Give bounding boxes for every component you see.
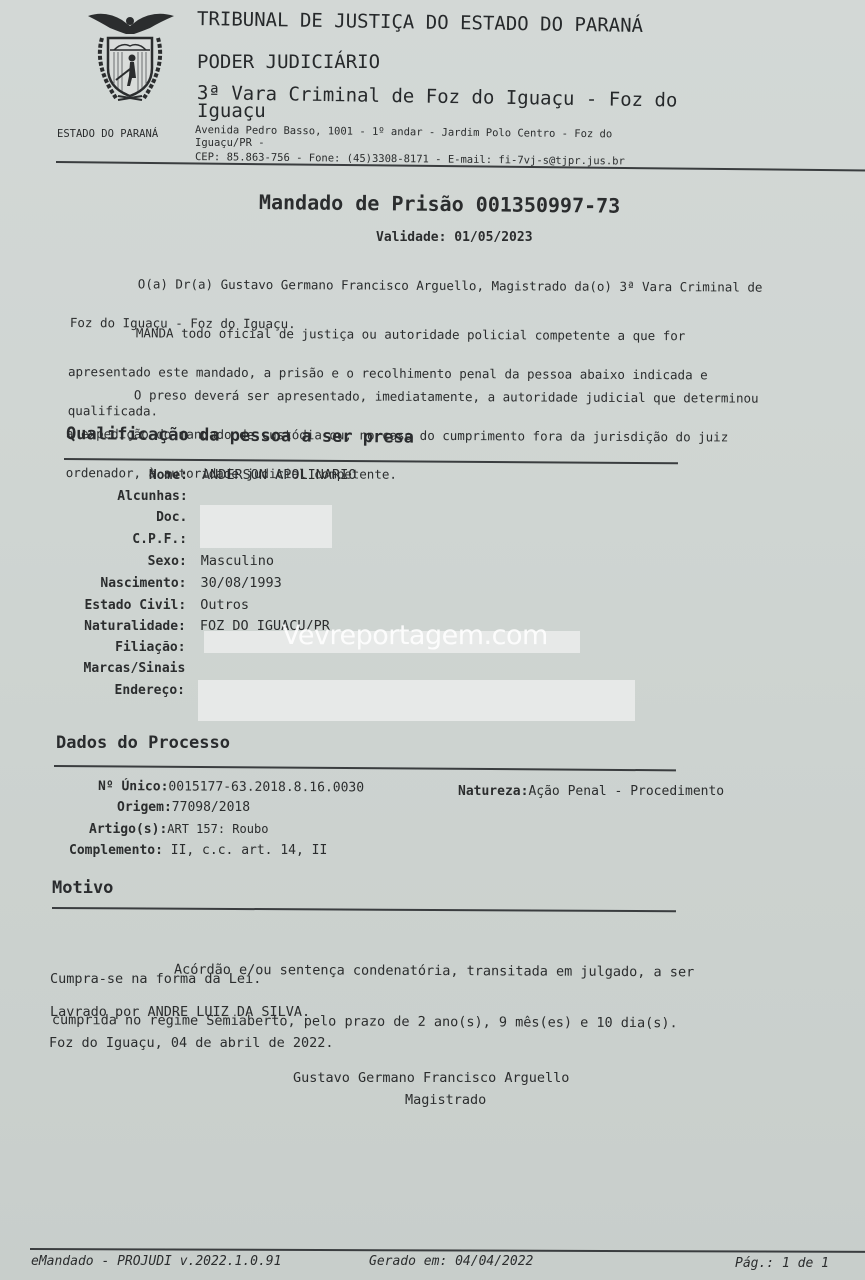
court-division-cont: Iguaçu (197, 100, 266, 122)
field-label: Nascimento: (47, 576, 187, 591)
person-field-row: Nome:ANDERSON APOLINARIO (48, 464, 356, 483)
validity-date: Validade: 01/05/2023 (376, 230, 533, 245)
process-number: 0015177-63.2018.8.16.0030 (168, 779, 364, 795)
field-label: Sexo: (47, 554, 187, 569)
field-label: Doc. (47, 510, 187, 525)
person-field-row: Sexo:Masculino (47, 550, 274, 569)
footer-generated: Gerado em: 04/04/2022 (369, 1254, 533, 1269)
court-name: TRIBUNAL DE JUSTIÇA DO ESTADO DO PARANÁ (197, 8, 643, 37)
place-and-date: Foz do Iguaçu, 04 de abril de 2022. (49, 1035, 333, 1051)
field-label: Nome: (48, 468, 188, 483)
drafted-by: Lavrado por ANDRE LUIZ DA SILVA. (50, 1004, 310, 1020)
person-field-row: Marcas/Sinais (45, 657, 199, 676)
person-field-row: Nascimento:30/08/1993 (47, 572, 282, 591)
process-origin-row: Origem:77098/2018 (117, 796, 250, 815)
person-field-row: Doc. (47, 506, 201, 525)
footer-divider (30, 1248, 865, 1252)
signer-role: Magistrado (405, 1092, 486, 1108)
person-section-title: Qualificação da pessoa a ser presa (66, 424, 414, 448)
field-label: Endereço: (45, 683, 185, 698)
field-value: ANDERSON APOLINARIO (202, 467, 356, 483)
process-section-title: Dados do Processo (56, 733, 230, 753)
process-number-row: Nº Único:0015177-63.2018.8.16.0030 (98, 775, 364, 795)
redacted-doc-cpf (200, 505, 332, 548)
redacted-address (198, 680, 635, 721)
person-field-row: Endereço: (45, 679, 199, 698)
court-address-line2: Iguaçu/PR - (195, 137, 265, 150)
signer-name: Gustavo Germano Francisco Arguello (293, 1070, 569, 1086)
motive-section-divider (52, 907, 676, 912)
watermark: Vevreportagem.com (282, 620, 548, 651)
process-article-row: Artigo(s):ART 157: Roubo (89, 818, 268, 837)
process-nature-row: Natureza:Ação Penal - Procedimento (458, 780, 724, 799)
person-field-row: Estado Civil:Outros (46, 594, 249, 613)
court-division: 3ª Vara Criminal de Foz do Iguaçu - Foz … (197, 82, 678, 112)
warrant-title: Mandado de Prisão 001350997-73 (259, 190, 620, 218)
field-label: Alcunhas: (48, 489, 188, 504)
field-value: 30/08/1993 (201, 575, 282, 591)
compliance-statement: Cumpra-se na forma da Lei. (50, 971, 261, 987)
process-complement-row: Complemento: II, c.c. art. 14, II (69, 839, 327, 858)
state-label: ESTADO DO PARANÁ (57, 128, 158, 140)
person-field-row: Filiação: (46, 636, 200, 655)
process-section-divider (54, 765, 676, 771)
field-label: C.P.F.: (47, 532, 187, 547)
field-label: Filiação: (46, 640, 186, 655)
footer-page: Pág.: 1 de 1 (735, 1256, 829, 1271)
field-value: Masculino (201, 553, 274, 569)
warrant-document: TRIBUNAL DE JUSTIÇA DO ESTADO DO PARANÁ … (0, 0, 865, 1280)
field-label: Naturalidade: (46, 619, 186, 634)
person-field-row: Alcunhas: (48, 485, 202, 504)
field-label: Marcas/Sinais (45, 661, 185, 676)
field-value: Outros (200, 597, 249, 613)
motive-section-title: Motivo (52, 878, 113, 898)
field-label: Estado Civil: (46, 598, 186, 613)
person-field-row: C.P.F.: (47, 528, 201, 547)
judiciary-name: PODER JUDICIÁRIO (197, 51, 380, 73)
parana-coat-of-arms-icon (80, 6, 180, 106)
footer-system: eMandado - PROJUDI v.2022.1.0.91 (31, 1254, 281, 1269)
